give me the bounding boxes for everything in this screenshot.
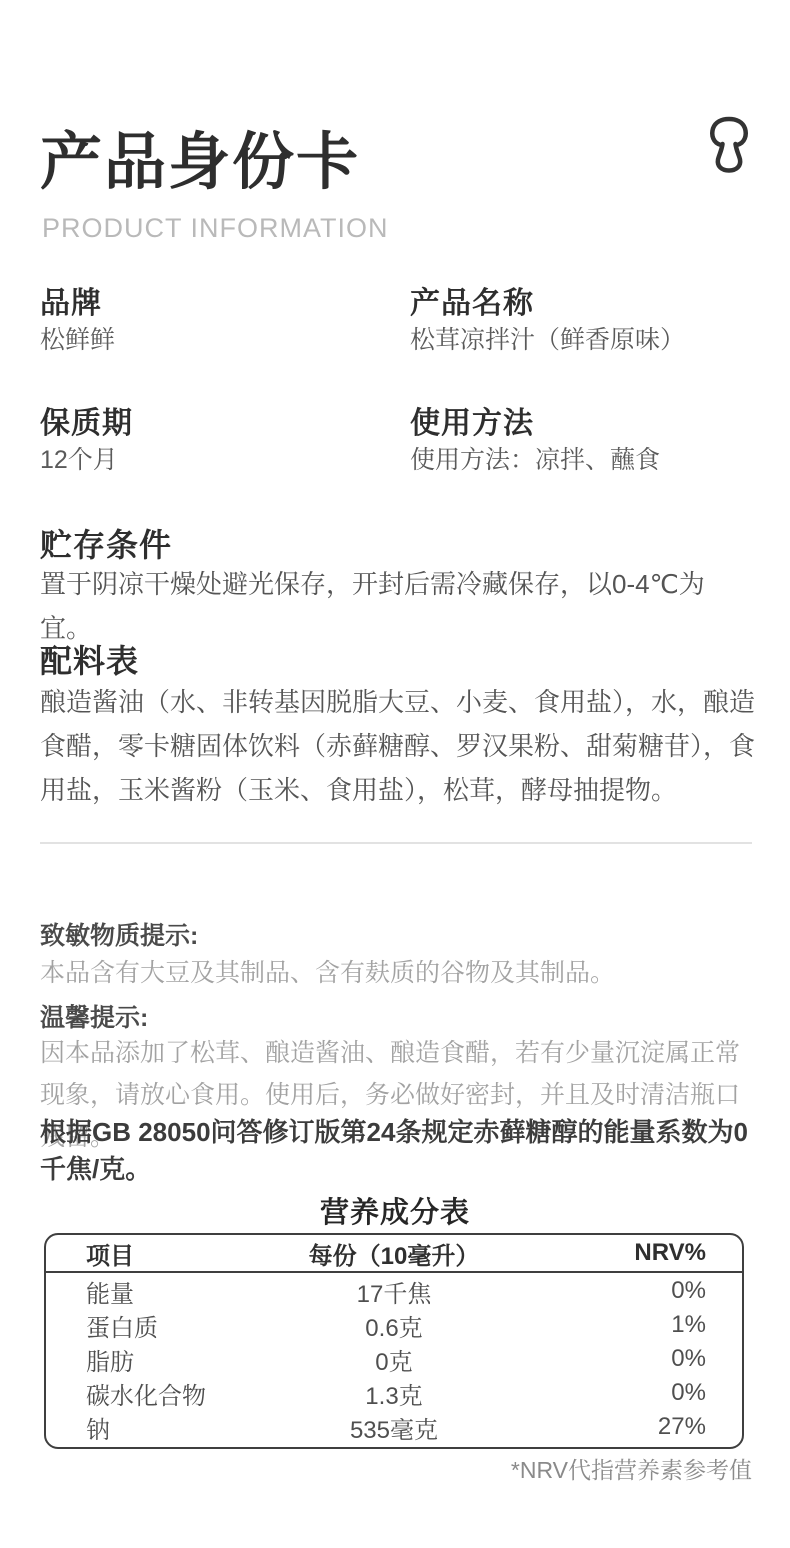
table-cell: 0% [512, 1345, 742, 1373]
table-cell: 0.6克 [276, 1308, 513, 1343]
table-cell: 能量 [46, 1274, 276, 1309]
table-row-fat: 脂肪 0克 0% [46, 1342, 742, 1376]
table-row-carbohydrate: 碳水化合物 1.3克 0% [46, 1376, 742, 1410]
product-name-label: 产品名称 [410, 278, 534, 322]
nutrition-header-row: 项目 每份（10毫升） NRV% [46, 1235, 742, 1273]
allergen-notice-label: 致敏物质提示: [40, 916, 198, 952]
nutrition-header-nrv: NRV% [512, 1239, 742, 1267]
usage-value: 使用方法：凉拌、蘸食 [410, 440, 660, 476]
usage-label: 使用方法 [410, 398, 534, 442]
table-cell: 1.3克 [276, 1376, 513, 1411]
table-cell: 0% [512, 1277, 742, 1305]
storage-section-title: 贮存条件 [40, 520, 172, 566]
table-cell: 535毫克 [276, 1410, 513, 1445]
nutrition-header-item: 项目 [46, 1236, 276, 1271]
nutrition-table-title: 营养成分表 [0, 1190, 790, 1231]
allergen-notice-text: 本品含有大豆及其制品、含有麸质的谷物及其制品。 [40, 952, 760, 994]
ingredients-section-title: 配料表 [40, 636, 139, 682]
table-cell: 蛋白质 [46, 1308, 276, 1343]
nrv-footnote: *NRV代指营养素参考值 [40, 1452, 752, 1485]
nutrition-header-per-serving: 每份（10毫升） [276, 1236, 513, 1271]
regulation-note: 根据GB 28050问答修订版第24条规定赤藓糖醇的能量系数为0千焦/克。 [40, 1112, 756, 1186]
table-cell: 脂肪 [46, 1342, 276, 1377]
mushroom-icon [708, 116, 750, 174]
nutrition-table: 项目 每份（10毫升） NRV% 能量 17千焦 0% 蛋白质 0.6克 1% … [44, 1233, 744, 1449]
nutrition-table-body: 能量 17千焦 0% 蛋白质 0.6克 1% 脂肪 0克 0% 碳水化合物 1.… [46, 1273, 742, 1447]
table-row-protein: 蛋白质 0.6克 1% [46, 1308, 742, 1342]
table-cell: 17千焦 [276, 1274, 513, 1309]
brand-label: 品牌 [40, 278, 102, 322]
section-divider [40, 842, 752, 844]
mushroom-stem [718, 144, 740, 171]
shelf-life-label: 保质期 [40, 398, 133, 442]
shelf-life-value: 12个月 [40, 440, 118, 476]
table-row-sodium: 钠 535毫克 27% [46, 1410, 742, 1444]
ingredients-text: 酿造酱油（水、非转基因脱脂大豆、小麦、食用盐），水，酿造食醋，零卡糖固体饮料（赤… [40, 680, 756, 812]
product-information-card: 产品身份卡 PRODUCT INFORMATION 品牌 松鲜鲜 产品名称 松茸… [0, 0, 790, 1548]
table-cell: 0% [512, 1379, 742, 1407]
table-row-energy: 能量 17千焦 0% [46, 1274, 742, 1308]
page-title: 产品身份卡 [40, 112, 360, 201]
table-cell: 27% [512, 1413, 742, 1441]
table-cell: 0克 [276, 1342, 513, 1377]
brand-value: 松鲜鲜 [40, 320, 115, 356]
storage-text: 置于阴凉干燥处避光保存，开封后需冷藏保存，以0-4℃为宜。 [40, 562, 756, 650]
mushroom-cap [712, 119, 745, 145]
table-cell: 钠 [46, 1410, 276, 1445]
tips-notice-label: 温馨提示: [40, 998, 148, 1034]
product-name-value: 松茸凉拌汁（鲜香原味） [410, 320, 685, 356]
page-subtitle: PRODUCT INFORMATION [42, 213, 389, 244]
table-cell: 1% [512, 1311, 742, 1339]
table-cell: 碳水化合物 [46, 1376, 276, 1411]
